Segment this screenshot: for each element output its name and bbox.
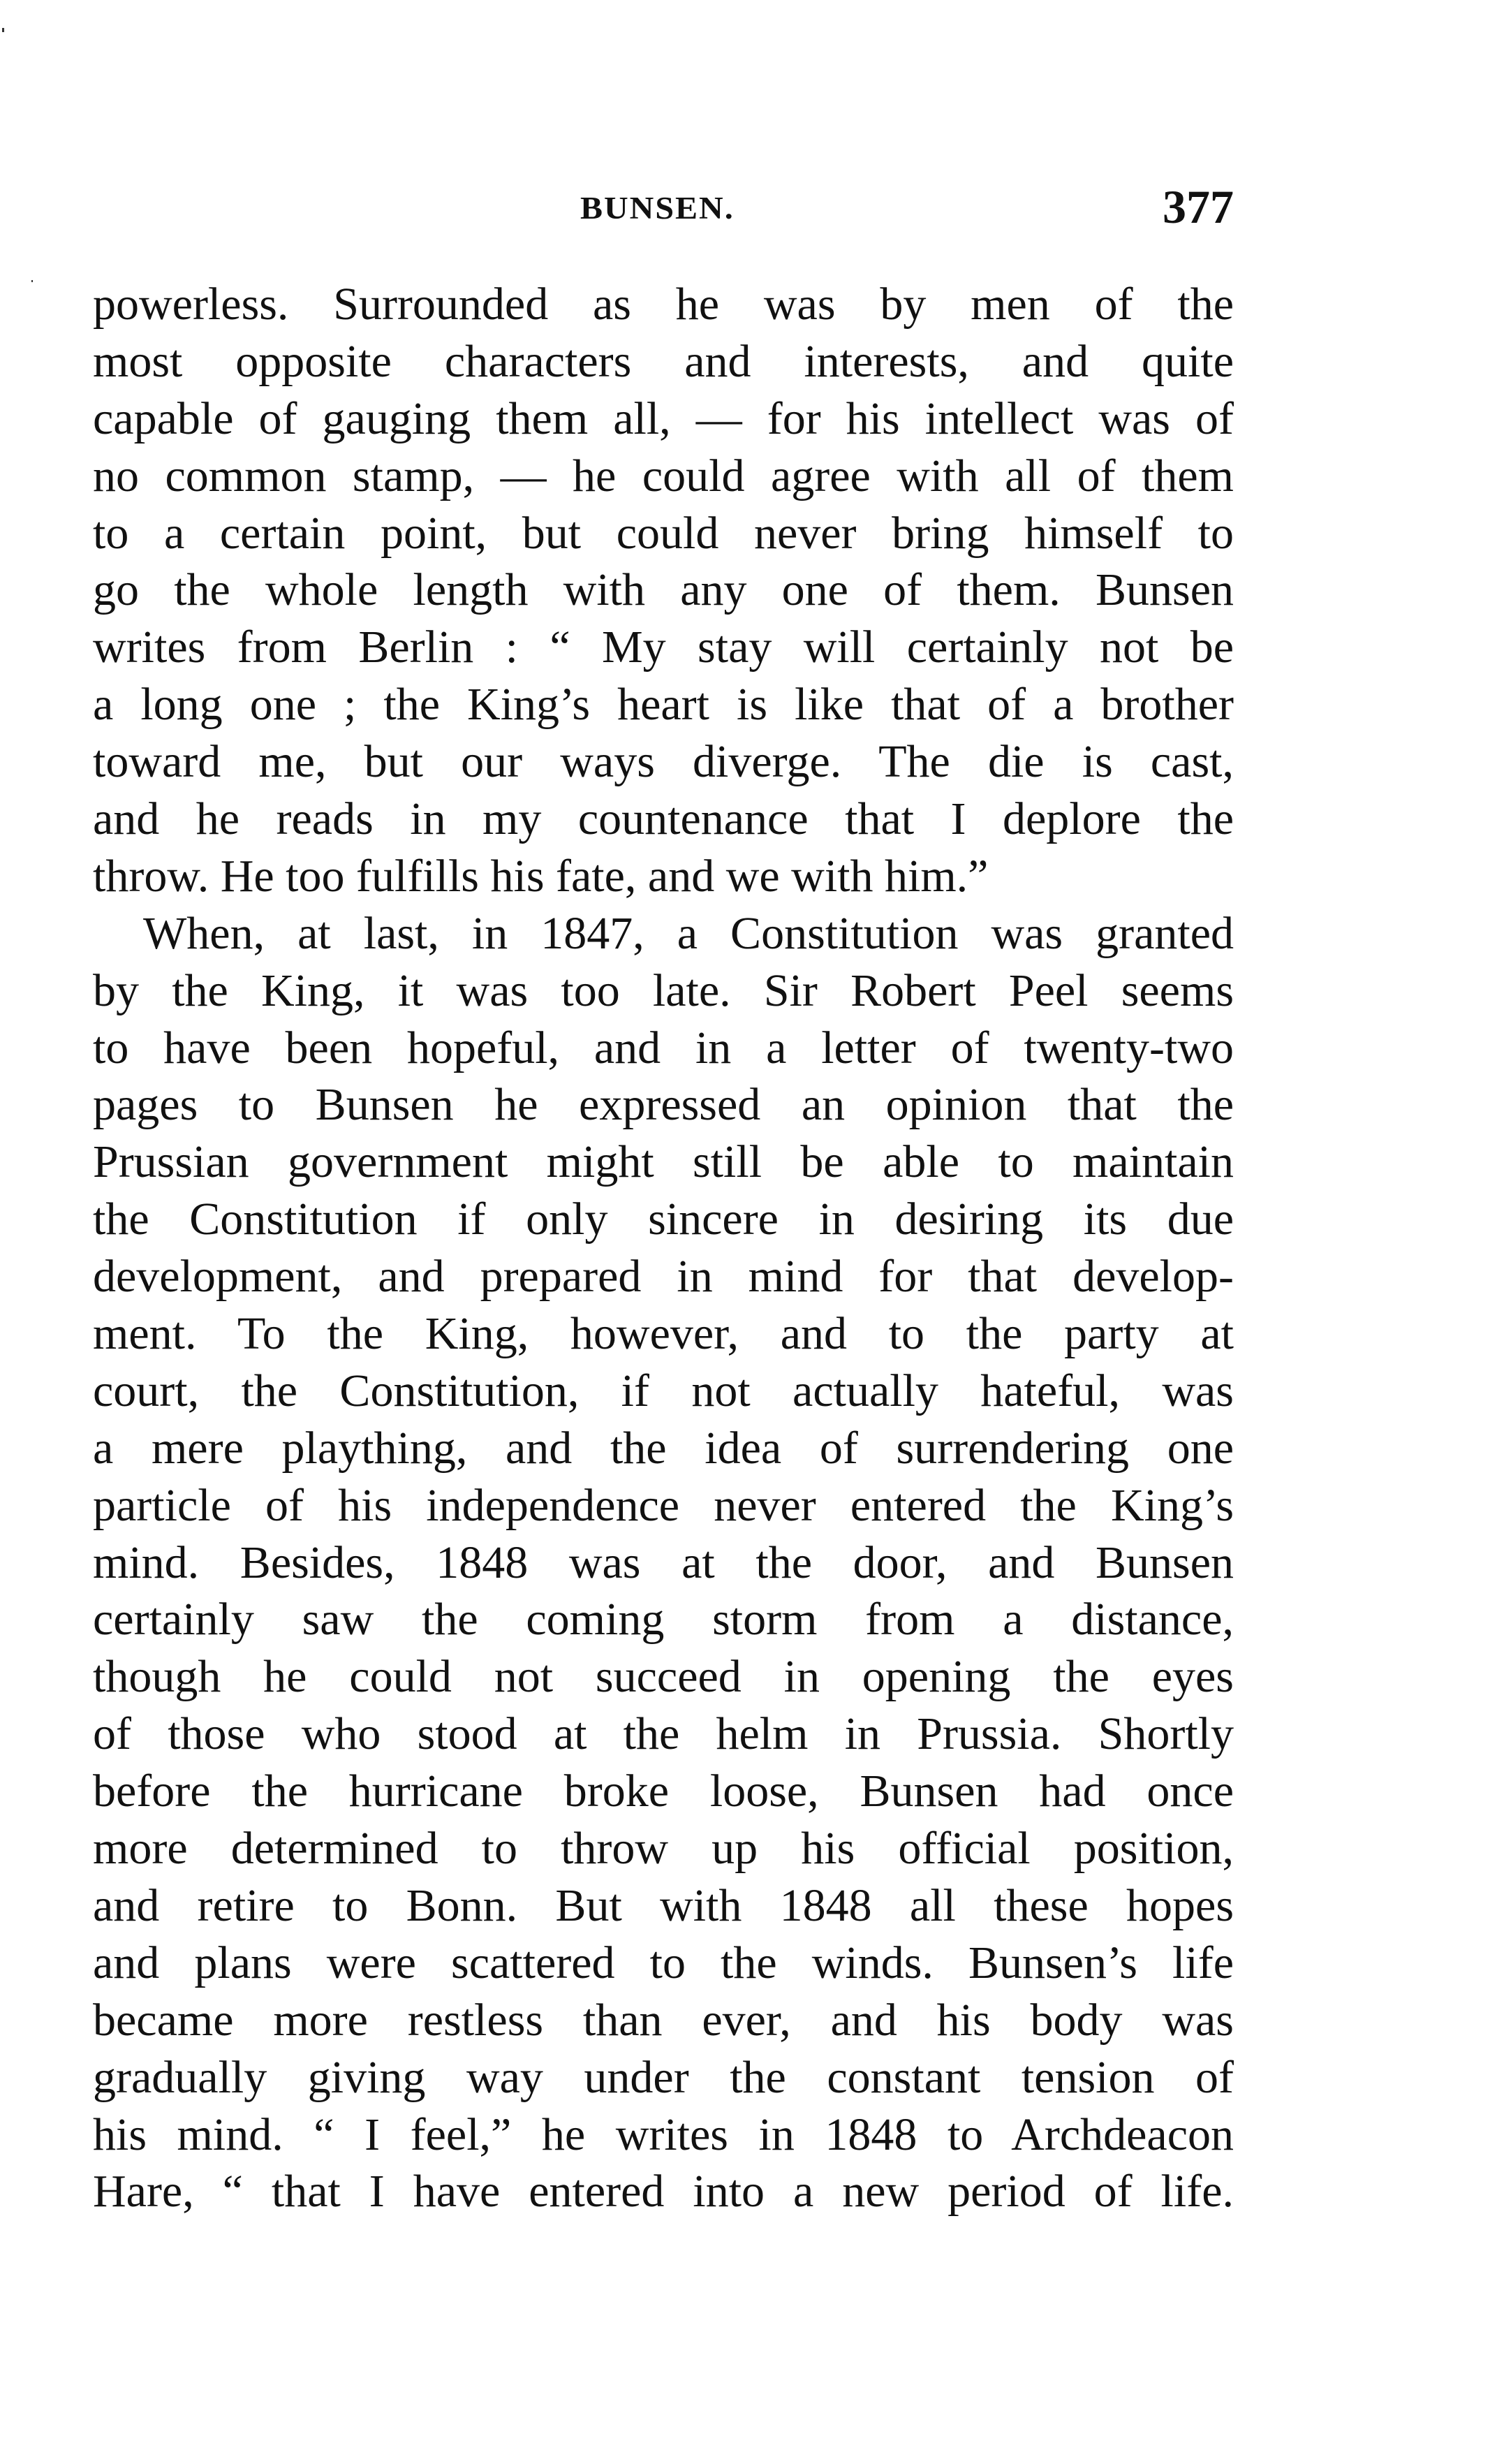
text-line: his mind. “ I feel,” he writes in 1848 t… [93, 2106, 1234, 2164]
text-line: particle of his independence never enter… [93, 1477, 1234, 1534]
body-text: powerless. Surrounded as he was by men o… [93, 276, 1234, 2220]
text-line: a mere plaything, and the idea of surren… [93, 1420, 1234, 1477]
book-page: BUNSEN. 377 powerless. Surrounded as he … [0, 0, 1497, 2464]
text-line: to have been hopeful, and in a letter of… [93, 1020, 1234, 1077]
text-line: by the King, it was too late. Sir Robert… [93, 962, 1234, 1020]
text-line: writes from Berlin : “ My stay will cert… [93, 619, 1234, 676]
text-line: to a certain point, but could never brin… [93, 505, 1234, 562]
scan-speck [31, 280, 33, 282]
text-line: development, and prepared in mind for th… [93, 1248, 1234, 1305]
text-line: throw. He too fulfills his fate, and we … [93, 848, 1234, 905]
text-line: though he could not succeed in opening t… [93, 1648, 1234, 1706]
text-line: and plans were scattered to the winds. B… [93, 1935, 1234, 1992]
text-line: certainly saw the coming storm from a di… [93, 1591, 1234, 1648]
text-line: When, at last, in 1847, a Constitution w… [93, 905, 1234, 962]
text-line: pages to Bunsen he expressed an opinion … [93, 1076, 1234, 1134]
text-line: Prussian government might still be able … [93, 1134, 1234, 1191]
text-line: no common stamp, — he could agree with a… [93, 448, 1234, 505]
text-line: Hare, “ that I have entered into a new p… [93, 2163, 1234, 2220]
text-line: most opposite characters and interests, … [93, 333, 1234, 390]
paragraph-2: When, at last, in 1847, a Constitution w… [93, 905, 1234, 2220]
text-line: more determined to throw up his official… [93, 1820, 1234, 1877]
text-line: ment. To the King, however, and to the p… [93, 1305, 1234, 1363]
paragraph-1: powerless. Surrounded as he was by men o… [93, 276, 1234, 905]
text-line: court, the Constitution, if not actually… [93, 1363, 1234, 1420]
scan-speck [2, 28, 4, 32]
text-line: of those who stood at the helm in Prussi… [93, 1706, 1234, 1763]
running-head: BUNSEN. 377 [93, 183, 1234, 232]
text-line: go the whole length with any one of them… [93, 562, 1234, 619]
text-line: before the hurricane broke loose, Bunsen… [93, 1763, 1234, 1820]
text-line: mind. Besides, 1848 was at the door, and… [93, 1534, 1234, 1592]
text-line: and he reads in my countenance that I de… [93, 791, 1234, 848]
running-title: BUNSEN. [580, 193, 735, 225]
text-line: became more restless than ever, and his … [93, 1992, 1234, 2049]
text-line: toward me, but our ways diverge. The die… [93, 733, 1234, 791]
page-number: 377 [1163, 183, 1234, 230]
text-line: and retire to Bonn. But with 1848 all th… [93, 1877, 1234, 1935]
text-line: powerless. Surrounded as he was by men o… [93, 276, 1234, 333]
text-line: capable of gauging them all, — for his i… [93, 390, 1234, 448]
text-line: the Constitution if only sincere in desi… [93, 1191, 1234, 1248]
text-line: gradually giving way under the constant … [93, 2049, 1234, 2106]
text-line: a long one ; the King’s heart is like th… [93, 676, 1234, 733]
